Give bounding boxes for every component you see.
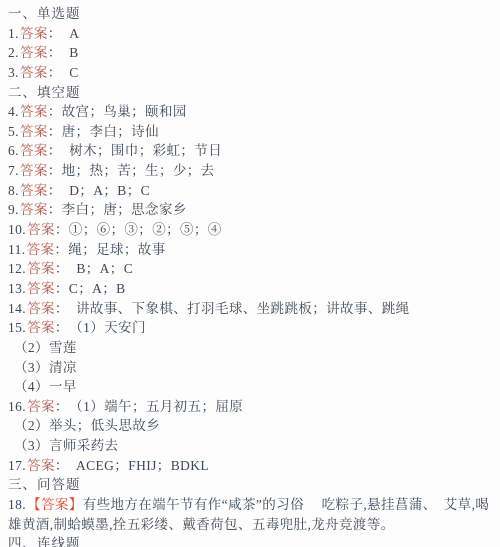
answer-row: 4.答案：故宫；鸟巢；颐和园: [8, 102, 494, 122]
section-heading: 四、连线题: [8, 534, 494, 547]
answer-content: ：唐；李白；诗仙: [48, 124, 159, 139]
answer-label: 答案: [20, 26, 48, 41]
question-number: 15.: [8, 320, 26, 335]
answer-continuation-line: （2）举头；低头思故乡: [8, 416, 494, 436]
answer-label: 答案: [27, 301, 55, 316]
answer-row: 7.答案：地；热；苦；生；少；去: [8, 161, 494, 181]
answer-content: ：C；A；B: [55, 281, 126, 296]
question-number: 8.: [8, 183, 19, 198]
question-number: 14.: [8, 301, 26, 316]
answer-sheet: 一、单选题1.答案： A2.答案： B3.答案： C二、填空题4.答案：故宫；鸟…: [0, 0, 500, 547]
question-number: 7.: [8, 163, 19, 178]
question-number: 5.: [8, 124, 19, 139]
answer-row: 3.答案： C: [8, 63, 494, 83]
answer-content: ： B；A；C: [55, 261, 133, 276]
answer-content: ： A: [48, 26, 80, 41]
answer-label: 答案: [27, 320, 55, 335]
answer-row: 11.答案：绳；足球；故事: [8, 240, 494, 260]
question-number: 12.: [8, 261, 26, 276]
section-heading: 二、填空题: [8, 83, 494, 103]
section-heading: 一、单选题: [8, 4, 494, 24]
answer-continuation-line: （2）雪莲: [8, 338, 494, 358]
section-heading: 三、问答题: [8, 475, 494, 495]
answer-content: ：地；热；苦；生；少；去: [48, 163, 215, 178]
answer-content: ： 树木；围巾；彩虹；节日: [48, 143, 222, 158]
answer-label: 答案: [27, 261, 55, 276]
answer-label: 答案: [20, 124, 48, 139]
answer-label: 答案: [20, 143, 48, 158]
answer-label: 答案: [27, 281, 55, 296]
answer-continuation-line: （4）一早: [8, 377, 494, 397]
question-number: 10.: [8, 222, 26, 237]
answer-row: 6.答案： 树木；围巾；彩虹；节日: [8, 141, 494, 161]
question-number: 9.: [8, 202, 19, 217]
answer-content: ： D；A；B；C: [48, 183, 150, 198]
answer-label: 【答案】: [27, 497, 83, 512]
answer-row: 8.答案： D；A；B；C: [8, 181, 494, 201]
answer-continuation-line: （3）清凉: [8, 358, 494, 378]
answer-content: ：李白；唐；思念家乡: [48, 202, 187, 217]
question-number: 1.: [8, 26, 19, 41]
answer-label: 答案: [20, 104, 48, 119]
answer-label: 答案: [27, 399, 55, 414]
answer-row: 2.答案： B: [8, 43, 494, 63]
answer-label: 答案: [20, 202, 48, 217]
answer-row: 13.答案：C；A；B: [8, 279, 494, 299]
question-number: 18.: [8, 497, 26, 512]
answer-label: 答案: [27, 222, 55, 237]
answer-content: ： C: [48, 65, 79, 80]
answer-content: ： 讲故事、下象棋、打羽毛球、坐跳跳板；讲故事、跳绳: [55, 301, 410, 316]
answer-row: 9.答案：李白；唐；思念家乡: [8, 200, 494, 220]
answer-content: ：①；⑥；③；②；⑤；④: [55, 222, 222, 237]
answer-row: 14.答案： 讲故事、下象棋、打羽毛球、坐跳跳板；讲故事、跳绳: [8, 299, 494, 319]
answer-content: ： （1）端午；五月初五；屈原: [55, 399, 243, 414]
answer-content: ： （1）天安门: [55, 320, 146, 335]
answer-row: 16.答案： （1）端午；五月初五；屈原: [8, 397, 494, 417]
answer-content: ： B: [48, 45, 79, 60]
answer-row: 18.【答案】有些地方在端午节有作“咸茶”的习俗 吃粽子,悬挂菖蒲、 艾草,喝雄…: [8, 495, 494, 534]
question-number: 6.: [8, 143, 19, 158]
answer-label: 答案: [20, 183, 48, 198]
answer-label: 答案: [27, 458, 55, 473]
answer-row: 5.答案：唐；李白；诗仙: [8, 122, 494, 142]
answer-content: ：故宫；鸟巢；颐和园: [48, 104, 187, 119]
answer-row: 10.答案：①；⑥；③；②；⑤；④: [8, 220, 494, 240]
answer-label: 答案: [20, 65, 48, 80]
question-number: 13.: [8, 281, 26, 296]
question-number: 3.: [8, 65, 19, 80]
answer-label: 答案: [20, 45, 48, 60]
answer-label: 答案: [27, 242, 55, 257]
answer-content: ：绳；足球；故事: [54, 242, 165, 257]
question-number: 4.: [8, 104, 19, 119]
answer-row: 12.答案： B；A；C: [8, 259, 494, 279]
question-number: 11.: [8, 242, 26, 257]
question-number: 17.: [8, 458, 26, 473]
answer-continuation-line: （3）言师采药去: [8, 436, 494, 456]
answer-row: 1.答案： A: [8, 24, 494, 44]
answer-row: 17.答案： ACEG；FHIJ；BDKL: [8, 456, 494, 476]
question-number: 2.: [8, 45, 19, 60]
answer-content: ： ACEG；FHIJ；BDKL: [55, 458, 209, 473]
question-number: 16.: [8, 399, 26, 414]
answer-row: 15.答案： （1）天安门: [8, 318, 494, 338]
answer-label: 答案: [20, 163, 48, 178]
